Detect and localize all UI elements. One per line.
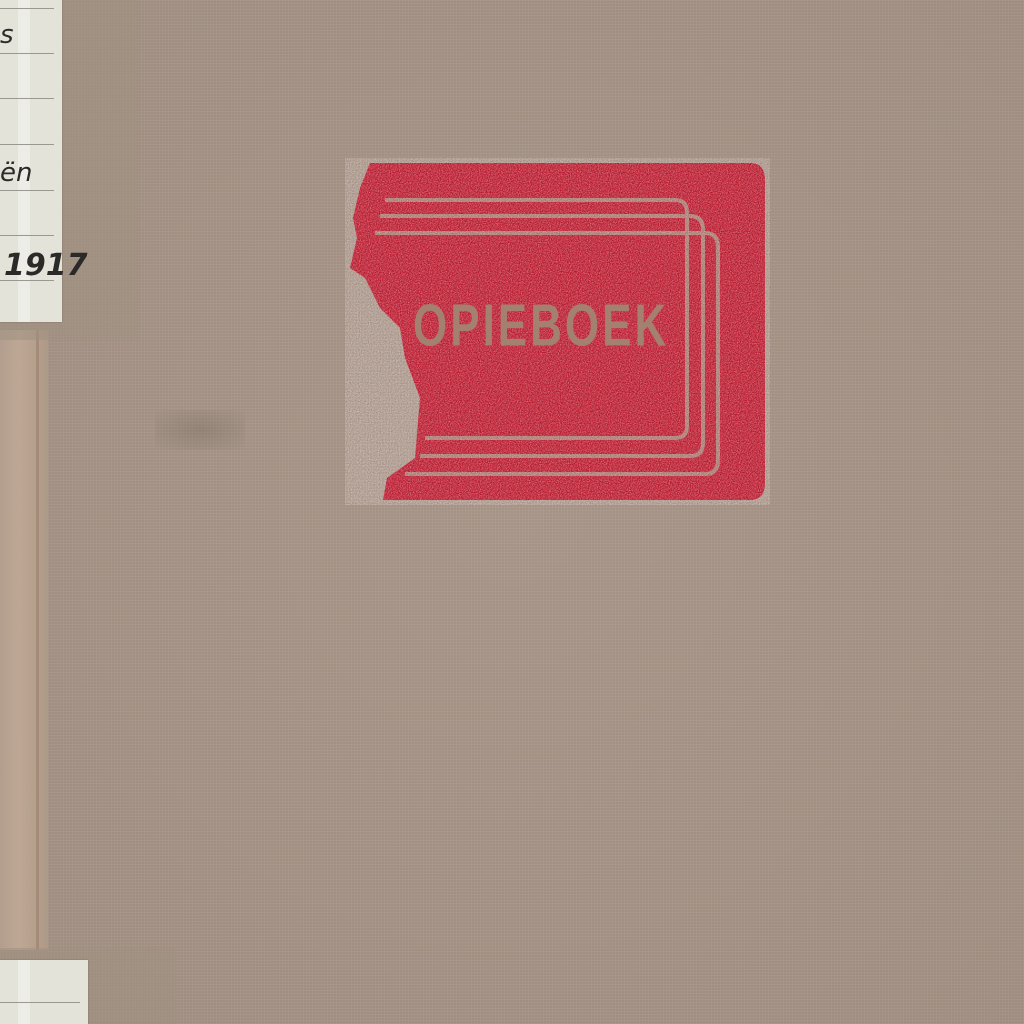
label-text-line-2: ën	[0, 158, 32, 188]
book-cover	[0, 0, 1024, 1024]
cover-title-label: OPIEBOEK	[345, 158, 770, 505]
label-year: 1917	[4, 248, 88, 283]
stain	[155, 410, 245, 450]
cover-title-text: OPIEBOEK	[413, 293, 669, 361]
spine-label-top: s ën 1917	[0, 0, 62, 322]
spine-label-bottom	[0, 960, 88, 1024]
label-text-line-1: s	[0, 20, 14, 50]
spine-strip	[0, 330, 48, 950]
spine-fold	[36, 330, 39, 950]
